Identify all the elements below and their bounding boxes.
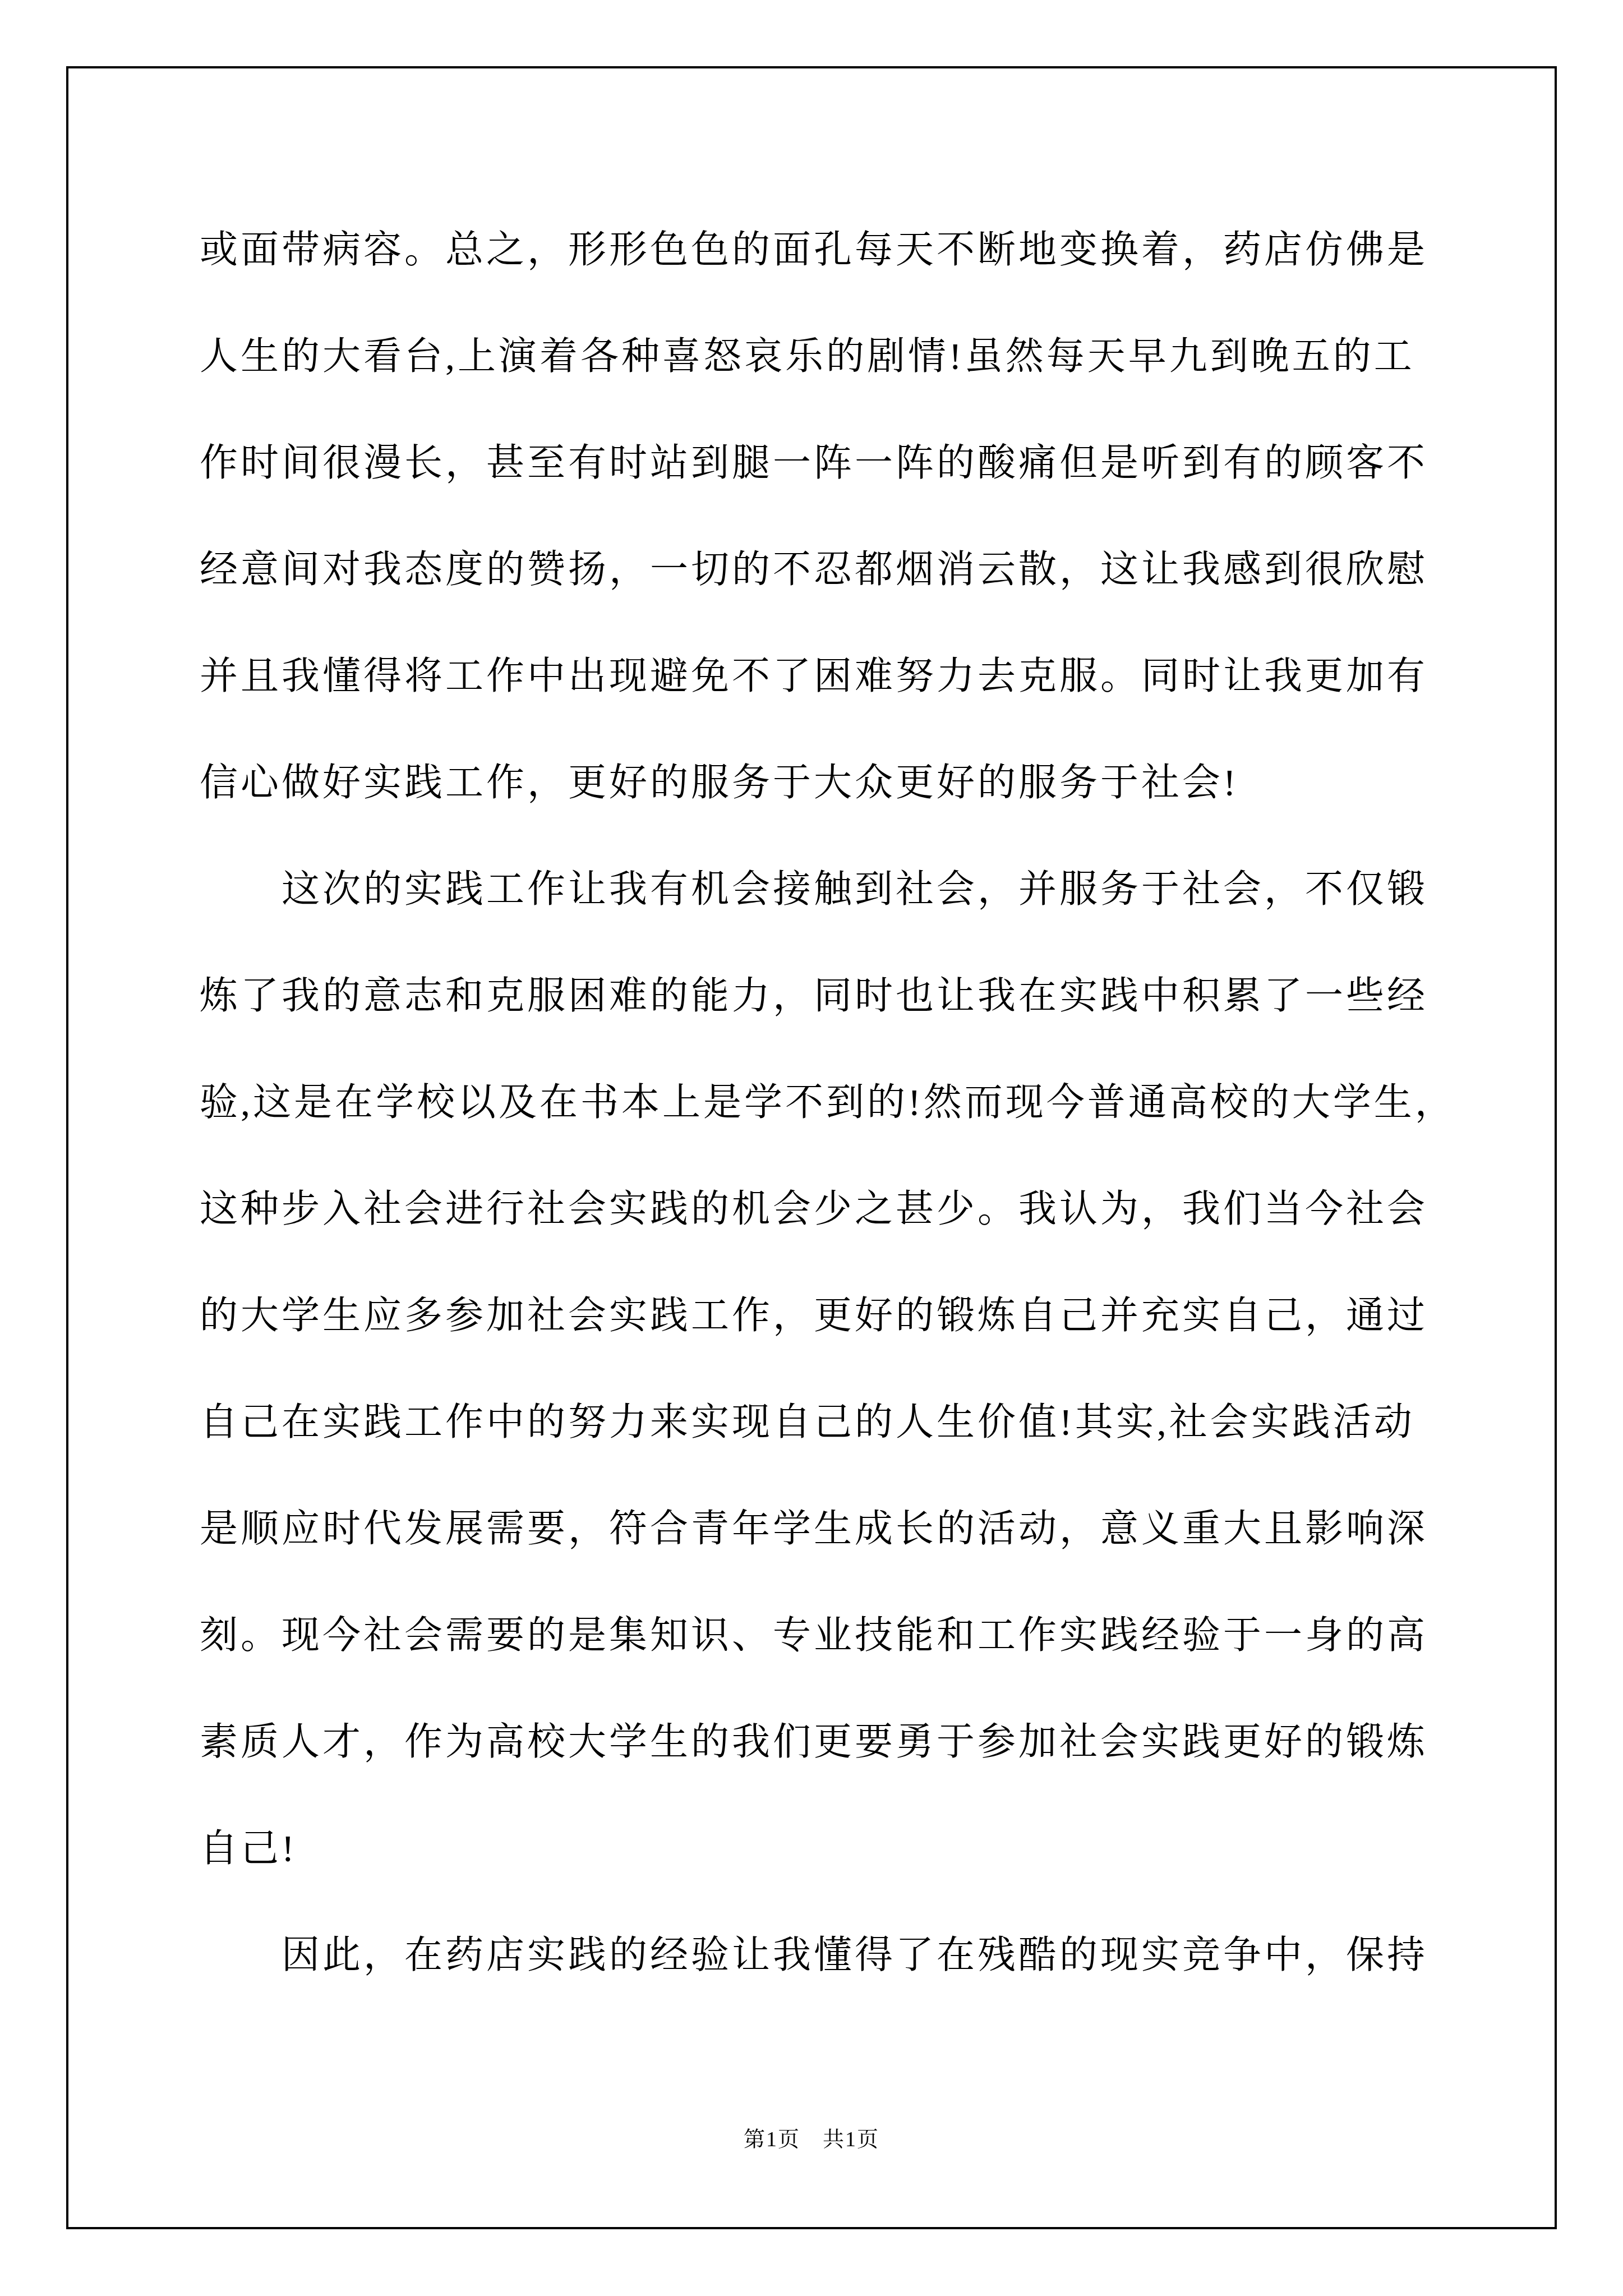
- text-line: 或面带病容。总之，形形色色的面孔每天不断地变换着，药店仿佛是: [200, 196, 1456, 303]
- text-line: 是顺应时代发展需要，符合青年学生成长的活动，意义重大且影响深: [200, 1475, 1456, 1582]
- text-line: 自己!: [200, 1795, 1456, 1902]
- text-line: 这种步入社会进行社会实践的机会少之甚少。我认为，我们当今社会: [200, 1156, 1456, 1262]
- text-line: 自己在实践工作中的努力来实现自己的人生价值!其实,社会实践活动: [200, 1369, 1456, 1475]
- text-line: 经意间对我态度的赞扬，一切的不忍都烟消云散，这让我感到很欣慰: [200, 516, 1456, 623]
- page-indicator: 第1页 共1页: [744, 2128, 879, 2151]
- text-line: 作时间很漫长，甚至有时站到腿一阵一阵的酸痛但是听到有的顾客不: [200, 409, 1456, 516]
- text-line: 的大学生应多参加社会实践工作，更好的锻炼自己并充实自己，通过: [200, 1262, 1456, 1369]
- text-line: 这次的实践工作让我有机会接触到社会，并服务于社会，不仅锻: [200, 836, 1456, 942]
- page-footer: 第1页 共1页: [0, 2122, 1623, 2152]
- text-line: 素质人才，作为高校大学生的我们更要勇于参加社会实践更好的锻炼: [200, 1688, 1456, 1795]
- text-line: 并且我懂得将工作中出现避免不了困难努力去克服。同时让我更加有: [200, 623, 1456, 729]
- text-line: 炼了我的意志和克服困难的能力，同时也让我在实践中积累了一些经: [200, 942, 1456, 1049]
- text-line: 验,这是在学校以及在书本上是学不到的!然而现今普通高校的大学生，: [200, 1049, 1456, 1156]
- document-page: 或面带病容。总之，形形色色的面孔每天不断地变换着，药店仿佛是人生的大看台,上演着…: [0, 0, 1623, 2296]
- text-line: 刻。现今社会需要的是集知识、专业技能和工作实践经验于一身的高: [200, 1582, 1456, 1688]
- text-line: 因此，在药店实践的经验让我懂得了在残酷的现实竞争中，保持: [200, 1902, 1456, 2008]
- text-line: 人生的大看台,上演着各种喜怒哀乐的剧情!虽然每天早九到晚五的工: [200, 303, 1456, 409]
- text-line: 信心做好实践工作，更好的服务于大众更好的服务于社会!: [200, 729, 1456, 836]
- document-body: 或面带病容。总之，形形色色的面孔每天不断地变换着，药店仿佛是人生的大看台,上演着…: [200, 196, 1456, 2008]
